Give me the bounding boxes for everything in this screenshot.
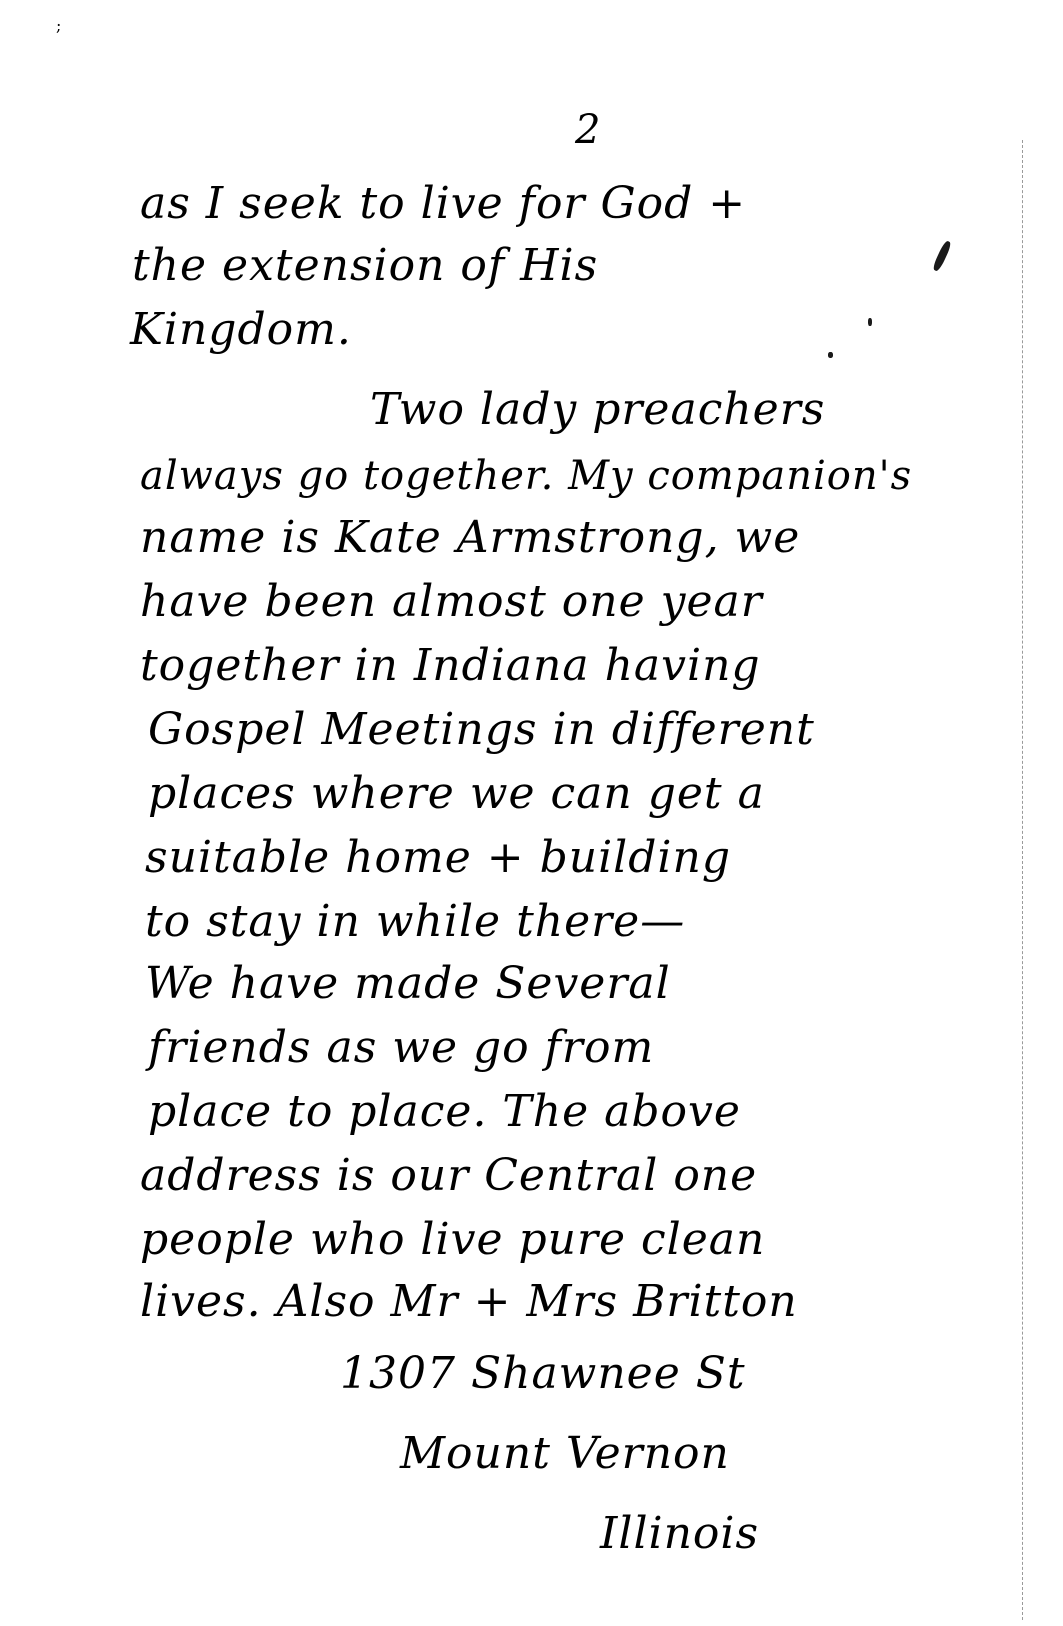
letter-line: have been almost one year	[140, 576, 763, 628]
letter-line: to stay in while there—	[145, 896, 685, 948]
letter-line: lives. Also Mr + Mrs Britton	[140, 1276, 798, 1328]
ink-spot	[868, 318, 872, 326]
letter-line: people who live pure clean	[140, 1214, 765, 1266]
letter-line: address is our Central one	[140, 1150, 757, 1202]
letter-line: Kingdom.	[130, 304, 352, 356]
letter-line: places where we can get a	[148, 768, 765, 820]
ink-smudge	[932, 240, 953, 272]
letter-line: suitable home + building	[145, 832, 731, 884]
letter-line: place to place. The above	[148, 1086, 741, 1138]
address-city: Mount Vernon	[400, 1428, 730, 1480]
letter-line: together in Indiana having	[140, 640, 761, 692]
page-number: 2	[575, 108, 600, 152]
letter-line: Two lady preachers	[370, 384, 825, 436]
letter-line: as I seek to live for God +	[140, 178, 746, 230]
address-street: 1307 Shawnee St	[340, 1348, 746, 1400]
letter-line: friends as we go from	[148, 1022, 654, 1074]
ink-spot	[828, 352, 833, 358]
letter-line: always go together. My companion's	[140, 450, 912, 502]
letter-line: the extension of His	[132, 240, 598, 292]
letter-page: ; 2 as I seek to live for God + the exte…	[0, 0, 1063, 1626]
letter-line: name is Kate Armstrong, we	[140, 512, 800, 564]
page-edge-line	[1022, 140, 1023, 1620]
letter-line: Gospel Meetings in different	[148, 704, 815, 756]
address-state: Illinois	[600, 1508, 759, 1560]
scan-mark: ;	[56, 18, 61, 34]
letter-line: We have made Several	[145, 958, 671, 1010]
